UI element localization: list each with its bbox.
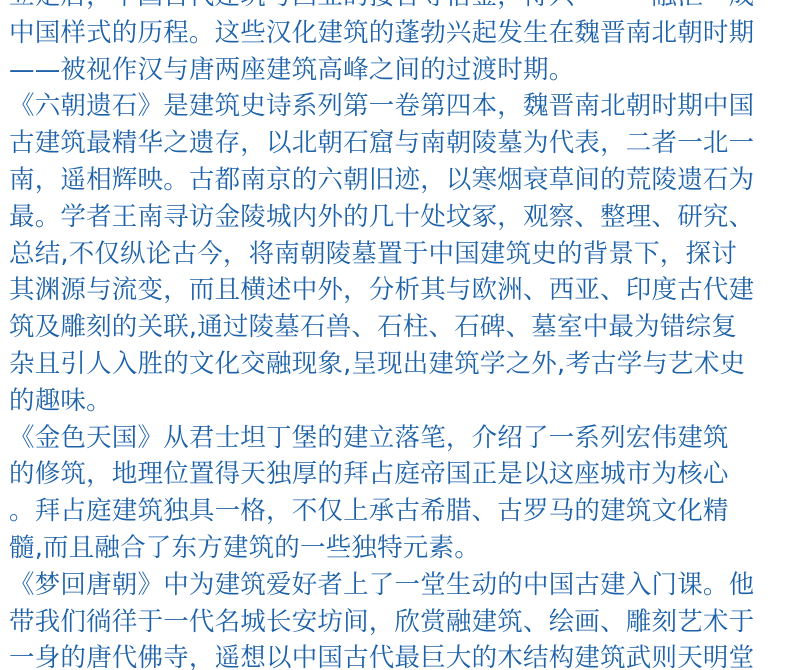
text-line: 髓,而且融合了东方建筑的一些独特元素。 (9, 530, 789, 567)
text-line: 中国样式的历程。这些汉化建筑的蓬勃兴起发生在魏晋南北朝时期 (9, 15, 789, 52)
text-line: 筑及雕刻的关联,通过陵墓石兽、石柱、石碑、墓室中最为错综复 (9, 309, 789, 346)
text-line: 杂且引人入胜的文化交融现象,呈现出建筑学之外,考古学与艺术史 (9, 346, 789, 383)
text-line: 古建筑最精华之遗存，以北朝石窟与南朝陵墓为代表，二者一北一 (9, 125, 789, 162)
paragraph-liuchao-start: 《六朝遗石》是建筑史诗系列第一卷第四本，魏晋南北朝时期中国 (9, 88, 789, 125)
text-line: ——被视作汉与唐两座建筑高峰之间的过渡时期。 (9, 52, 789, 89)
text-line: 南，遥相辉映。古都南京的六朝旧迹，以寒烟衰草间的荒陵遗石为 (9, 162, 789, 199)
paragraph-jinse-start: 《金色天国》从君士坦丁堡的建立落笔，介绍了一系列宏伟建筑 (9, 420, 789, 457)
text-line: 总结,不仅纵论古今，将南朝陵墓置于中国建筑史的背景下，探讨 (9, 236, 789, 273)
document-text: 立足后，中国古代建筑与西亚的接合等借鉴，得兴———融汇一成 中国样式的历程。这些… (9, 0, 789, 670)
text-line: 的趣味。 (9, 383, 789, 420)
text-line-cropped-bottom: 一身的唐代佛寺，遥想以中国古代最巨大的木结构建筑武则天明堂 (9, 640, 789, 670)
text-line: 的修筑，地理位置得天独厚的拜占庭帝国正是以这座城市为核心 (9, 456, 789, 493)
text-line: 其渊源与流变，而且横述中外，分析其与欧洲、西亚、印度古代建 (9, 272, 789, 309)
text-line: 。拜占庭建筑独具一格，不仅上承古希腊、古罗马的建筑文化精 (9, 493, 789, 530)
paragraph-menghui-start: 《梦回唐朝》中为建筑爱好者上了一堂生动的中国古建入门课。他 (9, 567, 789, 604)
text-line-cropped-top: 立足后，中国古代建筑与西亚的接合等借鉴，得兴———融汇一成 (9, 0, 789, 15)
text-line: 最。学者王南寻访金陵城内外的几十处坟冢，观察、整理、研究、 (9, 199, 789, 236)
text-line: 带我们徜徉于一代名城长安坊间，欣赏融建筑、绘画、雕刻艺术于 (9, 604, 789, 641)
